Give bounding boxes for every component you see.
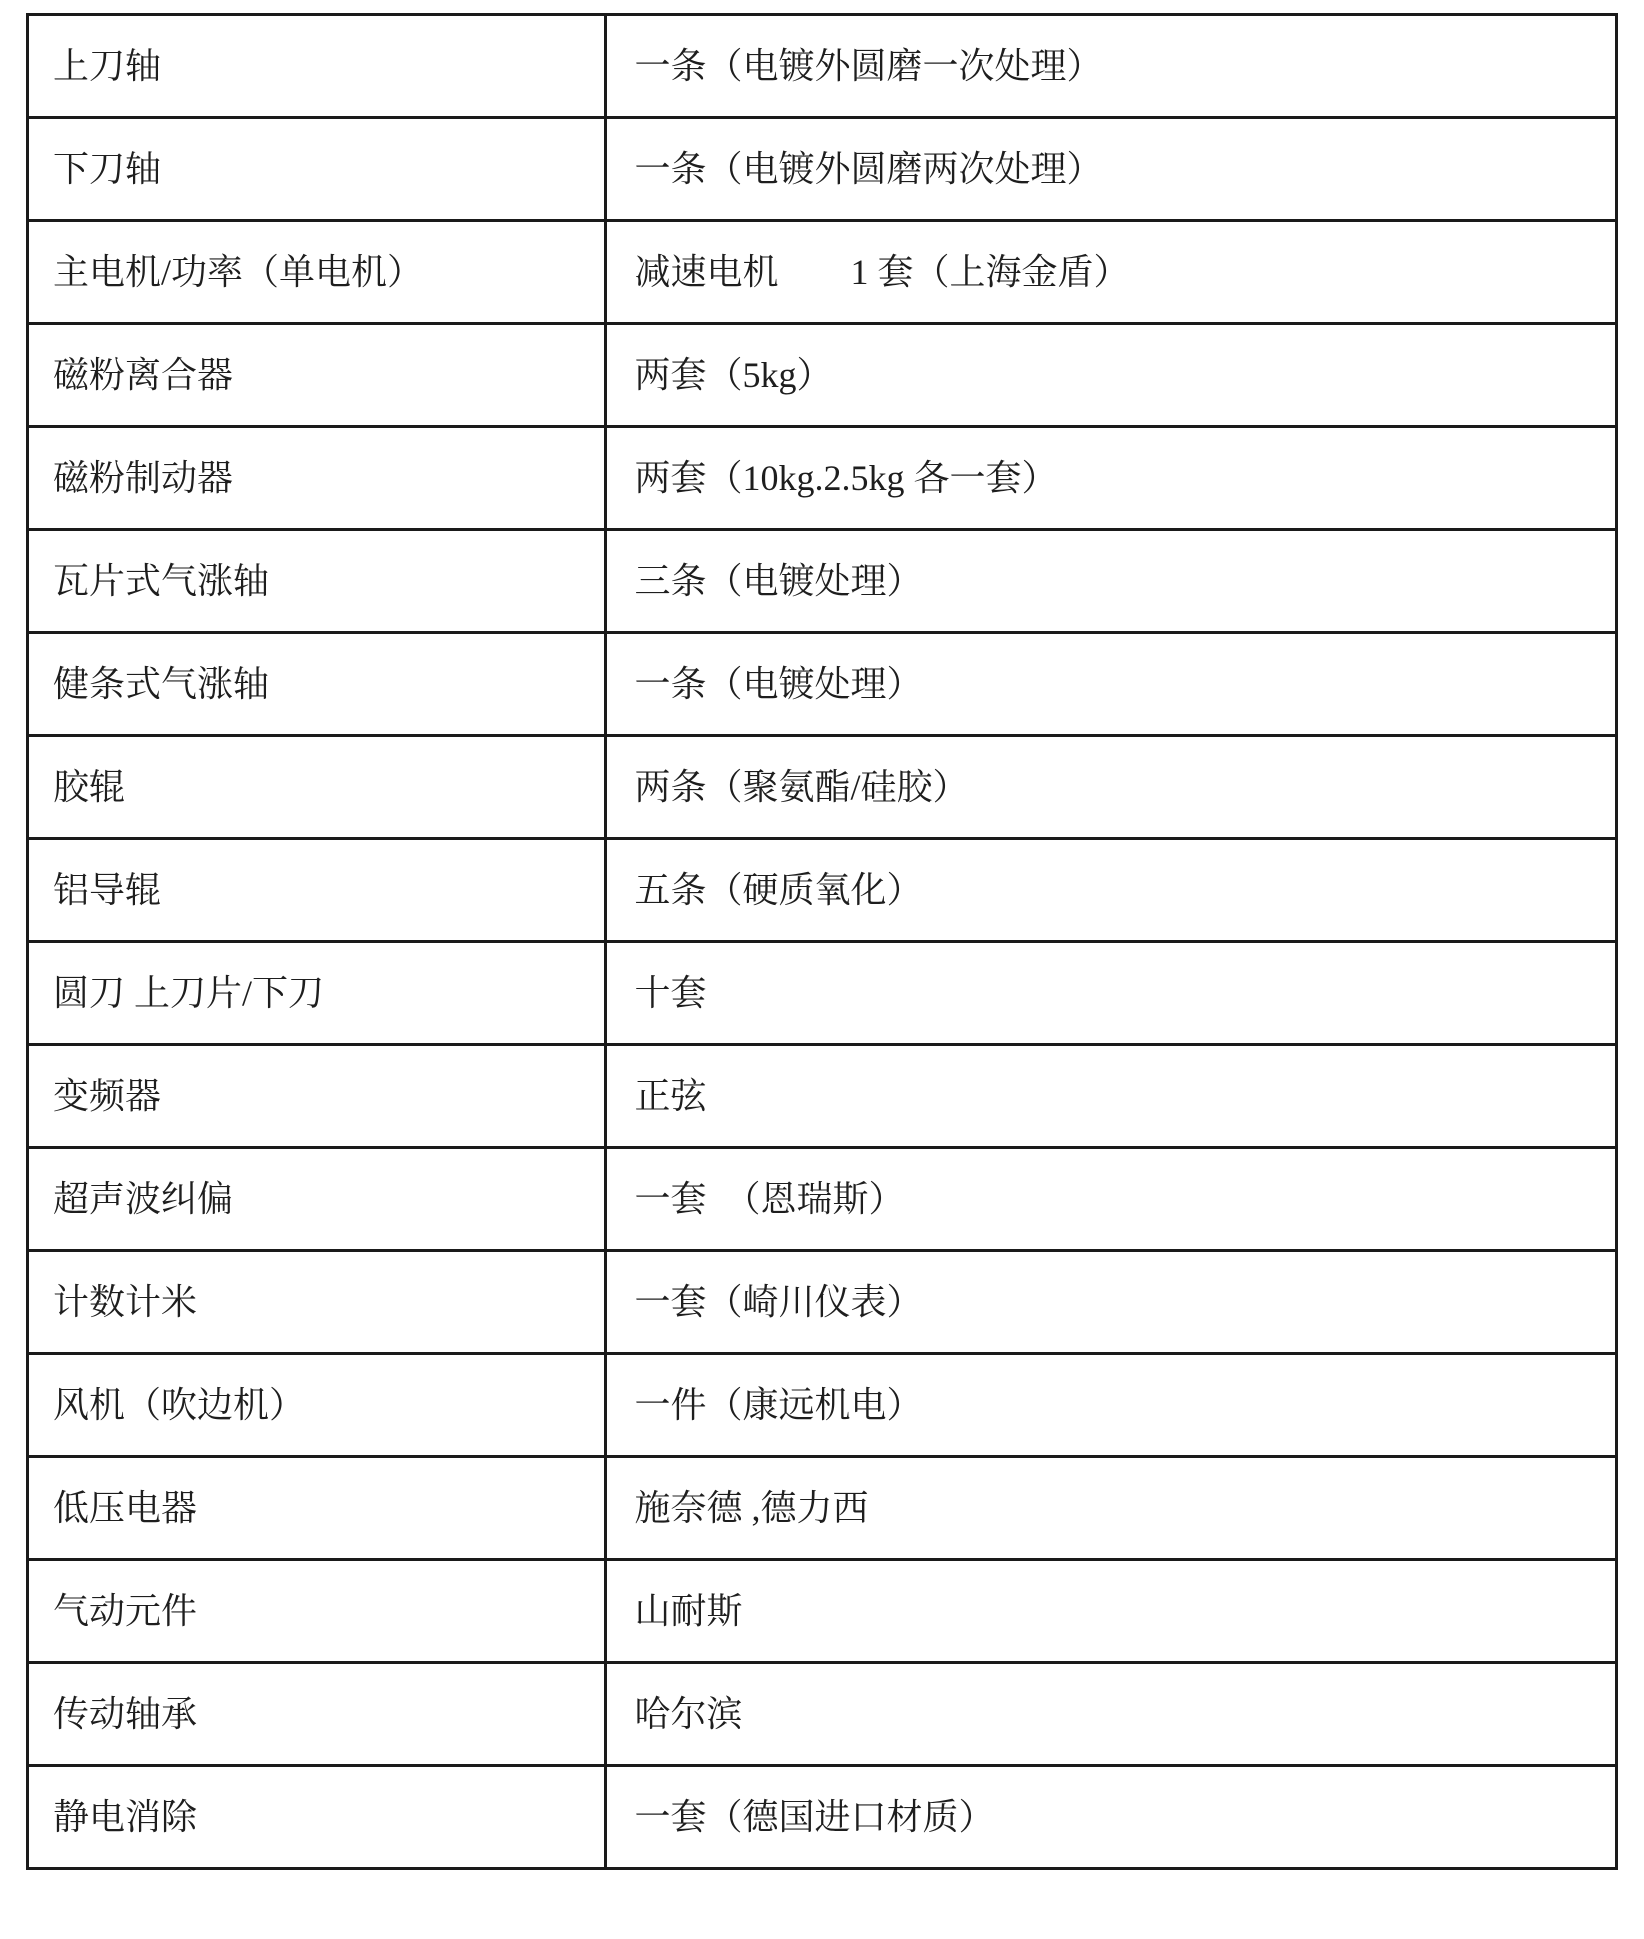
item-value-cell: 一件（康远机电） [605,1354,1616,1457]
table-row: 风机（吹边机） 一件（康远机电） [28,1354,1617,1457]
item-value-cell: 一条（电镀处理） [605,633,1616,736]
table-row: 磁粉离合器 两套（5kg） [28,324,1617,427]
item-value-cell: 两套（5kg） [605,324,1616,427]
item-name-cell: 计数计米 [28,1251,606,1354]
table-row: 传动轴承 哈尔滨 [28,1663,1617,1766]
item-value-cell: 五条（硬质氧化） [605,839,1616,942]
table-row: 磁粉制动器 两套（10kg.2.5kg 各一套） [28,427,1617,530]
item-name-cell: 主电机/功率（单电机） [28,221,606,324]
table-row: 下刀轴 一条（电镀外圆磨两次处理） [28,118,1617,221]
item-name-cell: 胶辊 [28,736,606,839]
item-name-cell: 下刀轴 [28,118,606,221]
item-value-cell: 一套 （恩瑞斯） [605,1148,1616,1251]
item-name-cell: 传动轴承 [28,1663,606,1766]
item-value-cell: 两条（聚氨酯/硅胶） [605,736,1616,839]
item-value-cell: 一条（电镀外圆磨一次处理） [605,15,1616,118]
item-value-cell: 哈尔滨 [605,1663,1616,1766]
table-row: 气动元件 山耐斯 [28,1560,1617,1663]
item-value-cell: 两套（10kg.2.5kg 各一套） [605,427,1616,530]
item-name-cell: 磁粉制动器 [28,427,606,530]
item-name-cell: 静电消除 [28,1766,606,1869]
item-value-cell: 一套（崎川仪表） [605,1251,1616,1354]
item-name-cell: 瓦片式气涨轴 [28,530,606,633]
item-value-cell: 减速电机 1 套（上海金盾） [605,221,1616,324]
table-row: 静电消除 一套（德国进口材质） [28,1766,1617,1869]
table-row: 主电机/功率（单电机） 减速电机 1 套（上海金盾） [28,221,1617,324]
item-value-cell: 施奈德 ,德力西 [605,1457,1616,1560]
item-value-cell: 山耐斯 [605,1560,1616,1663]
table-row: 健条式气涨轴 一条（电镀处理） [28,633,1617,736]
item-name-cell: 健条式气涨轴 [28,633,606,736]
item-name-cell: 低压电器 [28,1457,606,1560]
item-name-cell: 铝导辊 [28,839,606,942]
table-row: 上刀轴 一条（电镀外圆磨一次处理） [28,15,1617,118]
item-name-cell: 气动元件 [28,1560,606,1663]
item-name-cell: 圆刀 上刀片/下刀 [28,942,606,1045]
table-row: 变频器 正弦 [28,1045,1617,1148]
item-name-cell: 变频器 [28,1045,606,1148]
item-name-cell: 超声波纠偏 [28,1148,606,1251]
table-row: 铝导辊 五条（硬质氧化） [28,839,1617,942]
item-value-cell: 一套（德国进口材质） [605,1766,1616,1869]
table-row: 瓦片式气涨轴 三条（电镀处理） [28,530,1617,633]
table-row: 圆刀 上刀片/下刀 十套 [28,942,1617,1045]
table-row: 计数计米 一套（崎川仪表） [28,1251,1617,1354]
item-value-cell: 正弦 [605,1045,1616,1148]
item-name-cell: 磁粉离合器 [28,324,606,427]
item-name-cell: 风机（吹边机） [28,1354,606,1457]
item-name-cell: 上刀轴 [28,15,606,118]
table-row: 超声波纠偏 一套 （恩瑞斯） [28,1148,1617,1251]
spec-table: 上刀轴 一条（电镀外圆磨一次处理） 下刀轴 一条（电镀外圆磨两次处理） 主电机/… [26,13,1618,1870]
item-value-cell: 十套 [605,942,1616,1045]
item-value-cell: 三条（电镀处理） [605,530,1616,633]
table-row: 低压电器 施奈德 ,德力西 [28,1457,1617,1560]
item-value-cell: 一条（电镀外圆磨两次处理） [605,118,1616,221]
table-row: 胶辊 两条（聚氨酯/硅胶） [28,736,1617,839]
